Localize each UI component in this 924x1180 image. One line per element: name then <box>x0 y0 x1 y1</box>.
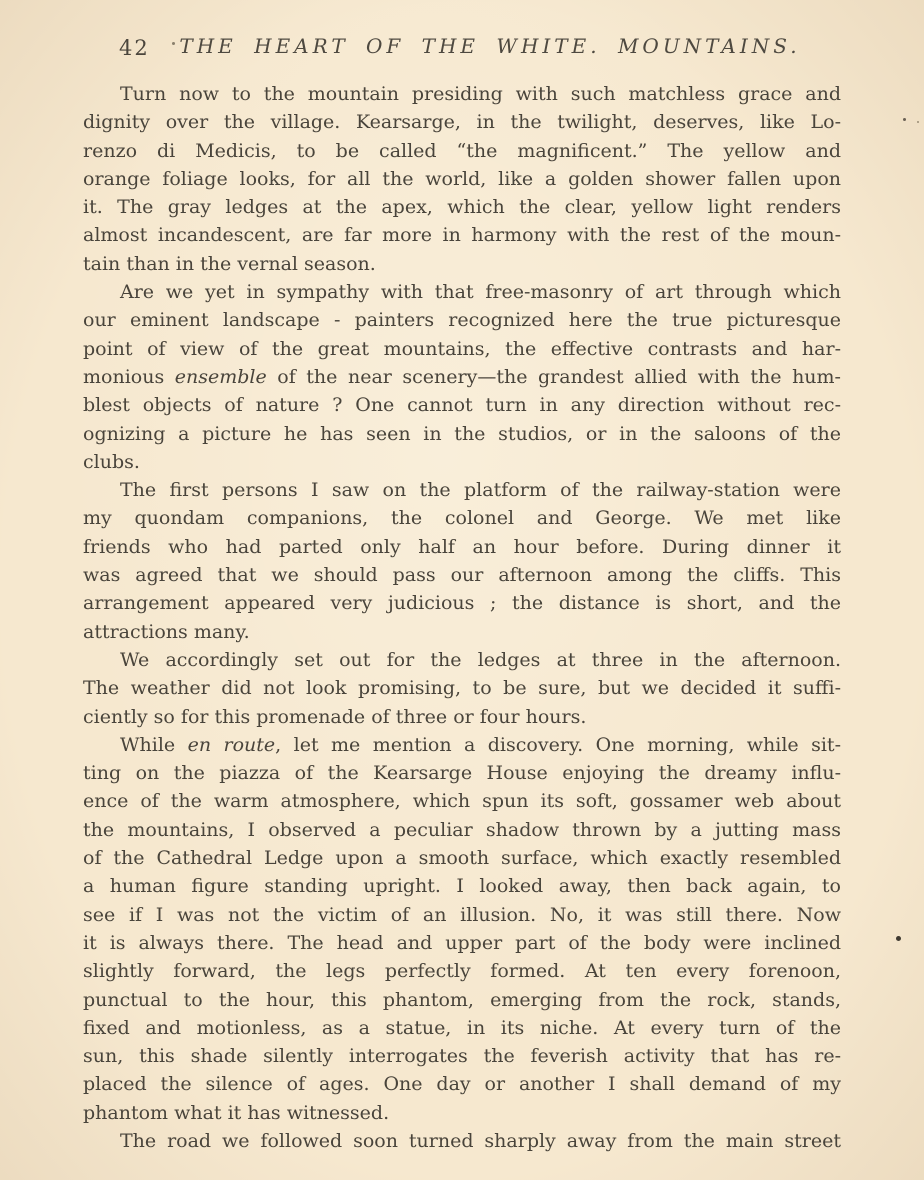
text-line: renzo di Medicis, to be called “the magn… <box>83 137 841 165</box>
text-line: it is always there. The head and upper p… <box>83 929 841 957</box>
scanned-book-page: { "page": { "number": "42", "running_tit… <box>0 0 924 1180</box>
text-line: dignity over the village. Kearsarge, in … <box>83 108 841 136</box>
text-line: of the Cathedral Ledge upon a smooth sur… <box>83 844 841 872</box>
text-line: We accordingly set out for the ledges at… <box>83 646 841 674</box>
ink-speck <box>896 936 901 941</box>
text-line: the mountains, I observed a peculiar sha… <box>83 816 841 844</box>
text-block: Turn now to the mountain presiding with … <box>83 80 841 1155</box>
text-line: While en route, let me mention a discove… <box>83 731 841 759</box>
ink-speck <box>917 121 919 123</box>
text-line: fixed and motionless, as a statue, in it… <box>83 1014 841 1042</box>
text-line: friends who had parted only half an hour… <box>83 533 841 561</box>
text-line: ence of the warm atmosphere, which spun … <box>83 787 841 815</box>
text-line: attractions many. <box>83 618 841 646</box>
text-line: a human figure standing upright. I looke… <box>83 872 841 900</box>
text-line: The first persons I saw on the platform … <box>83 476 841 504</box>
paragraph: While en route, let me mention a discove… <box>83 731 841 1127</box>
text-line: punctual to the hour, this phantom, emer… <box>83 986 841 1014</box>
text-line: ciently so for this promenade of three o… <box>83 703 841 731</box>
text-line: almost incandescent, are far more in har… <box>83 221 841 249</box>
text-line: The weather did not look promising, to b… <box>83 674 841 702</box>
text-line: was agreed that we should pass our after… <box>83 561 841 589</box>
text-line: tain than in the vernal season. <box>83 250 841 278</box>
text-line: The road we followed soon turned sharply… <box>83 1127 841 1155</box>
text-line: placed the silence of ages. One day or a… <box>83 1070 841 1098</box>
paragraph: The road we followed soon turned sharply… <box>83 1127 841 1155</box>
text-line: ting on the piazza of the Kearsarge Hous… <box>83 759 841 787</box>
text-line: it. The gray ledges at the apex, which t… <box>83 193 841 221</box>
paragraph: We accordingly set out for the ledges at… <box>83 646 841 731</box>
text-line: my quondam companions, the colonel and G… <box>83 504 841 532</box>
text-line: orange foliage looks, for all the world,… <box>83 165 841 193</box>
ink-speck <box>903 118 906 121</box>
text-line: slightly forward, the legs perfectly for… <box>83 957 841 985</box>
text-line: ognizing a picture he has seen in the st… <box>83 420 841 448</box>
paragraph: Turn now to the mountain presiding with … <box>83 80 841 278</box>
running-header: 42 THE HEART OF THE WHITE. MOUNTAINS. <box>83 34 841 64</box>
text-line: blest objects of nature ? One cannot tur… <box>83 391 841 419</box>
ink-speck <box>172 42 175 45</box>
text-line: phantom what it has witnessed. <box>83 1099 841 1127</box>
text-line: Turn now to the mountain presiding with … <box>83 80 841 108</box>
text-line: clubs. <box>83 448 841 476</box>
text-line: point of view of the great mountains, th… <box>83 335 841 363</box>
paragraph: Are we yet in sympathy with that free-ma… <box>83 278 841 476</box>
text-line: our eminent landscape - painters recogni… <box>83 306 841 334</box>
paragraph: The first persons I saw on the platform … <box>83 476 841 646</box>
text-line: see if I was not the victim of an illusi… <box>83 901 841 929</box>
text-line: Are we yet in sympathy with that free-ma… <box>83 278 841 306</box>
text-line: sun, this shade silently interrogates th… <box>83 1042 841 1070</box>
running-title: THE HEART OF THE WHITE. MOUNTAINS. <box>111 34 869 58</box>
text-line: monious ensemble of the near scenery—the… <box>83 363 841 391</box>
text-line: arrangement appeared very judicious ; th… <box>83 589 841 617</box>
